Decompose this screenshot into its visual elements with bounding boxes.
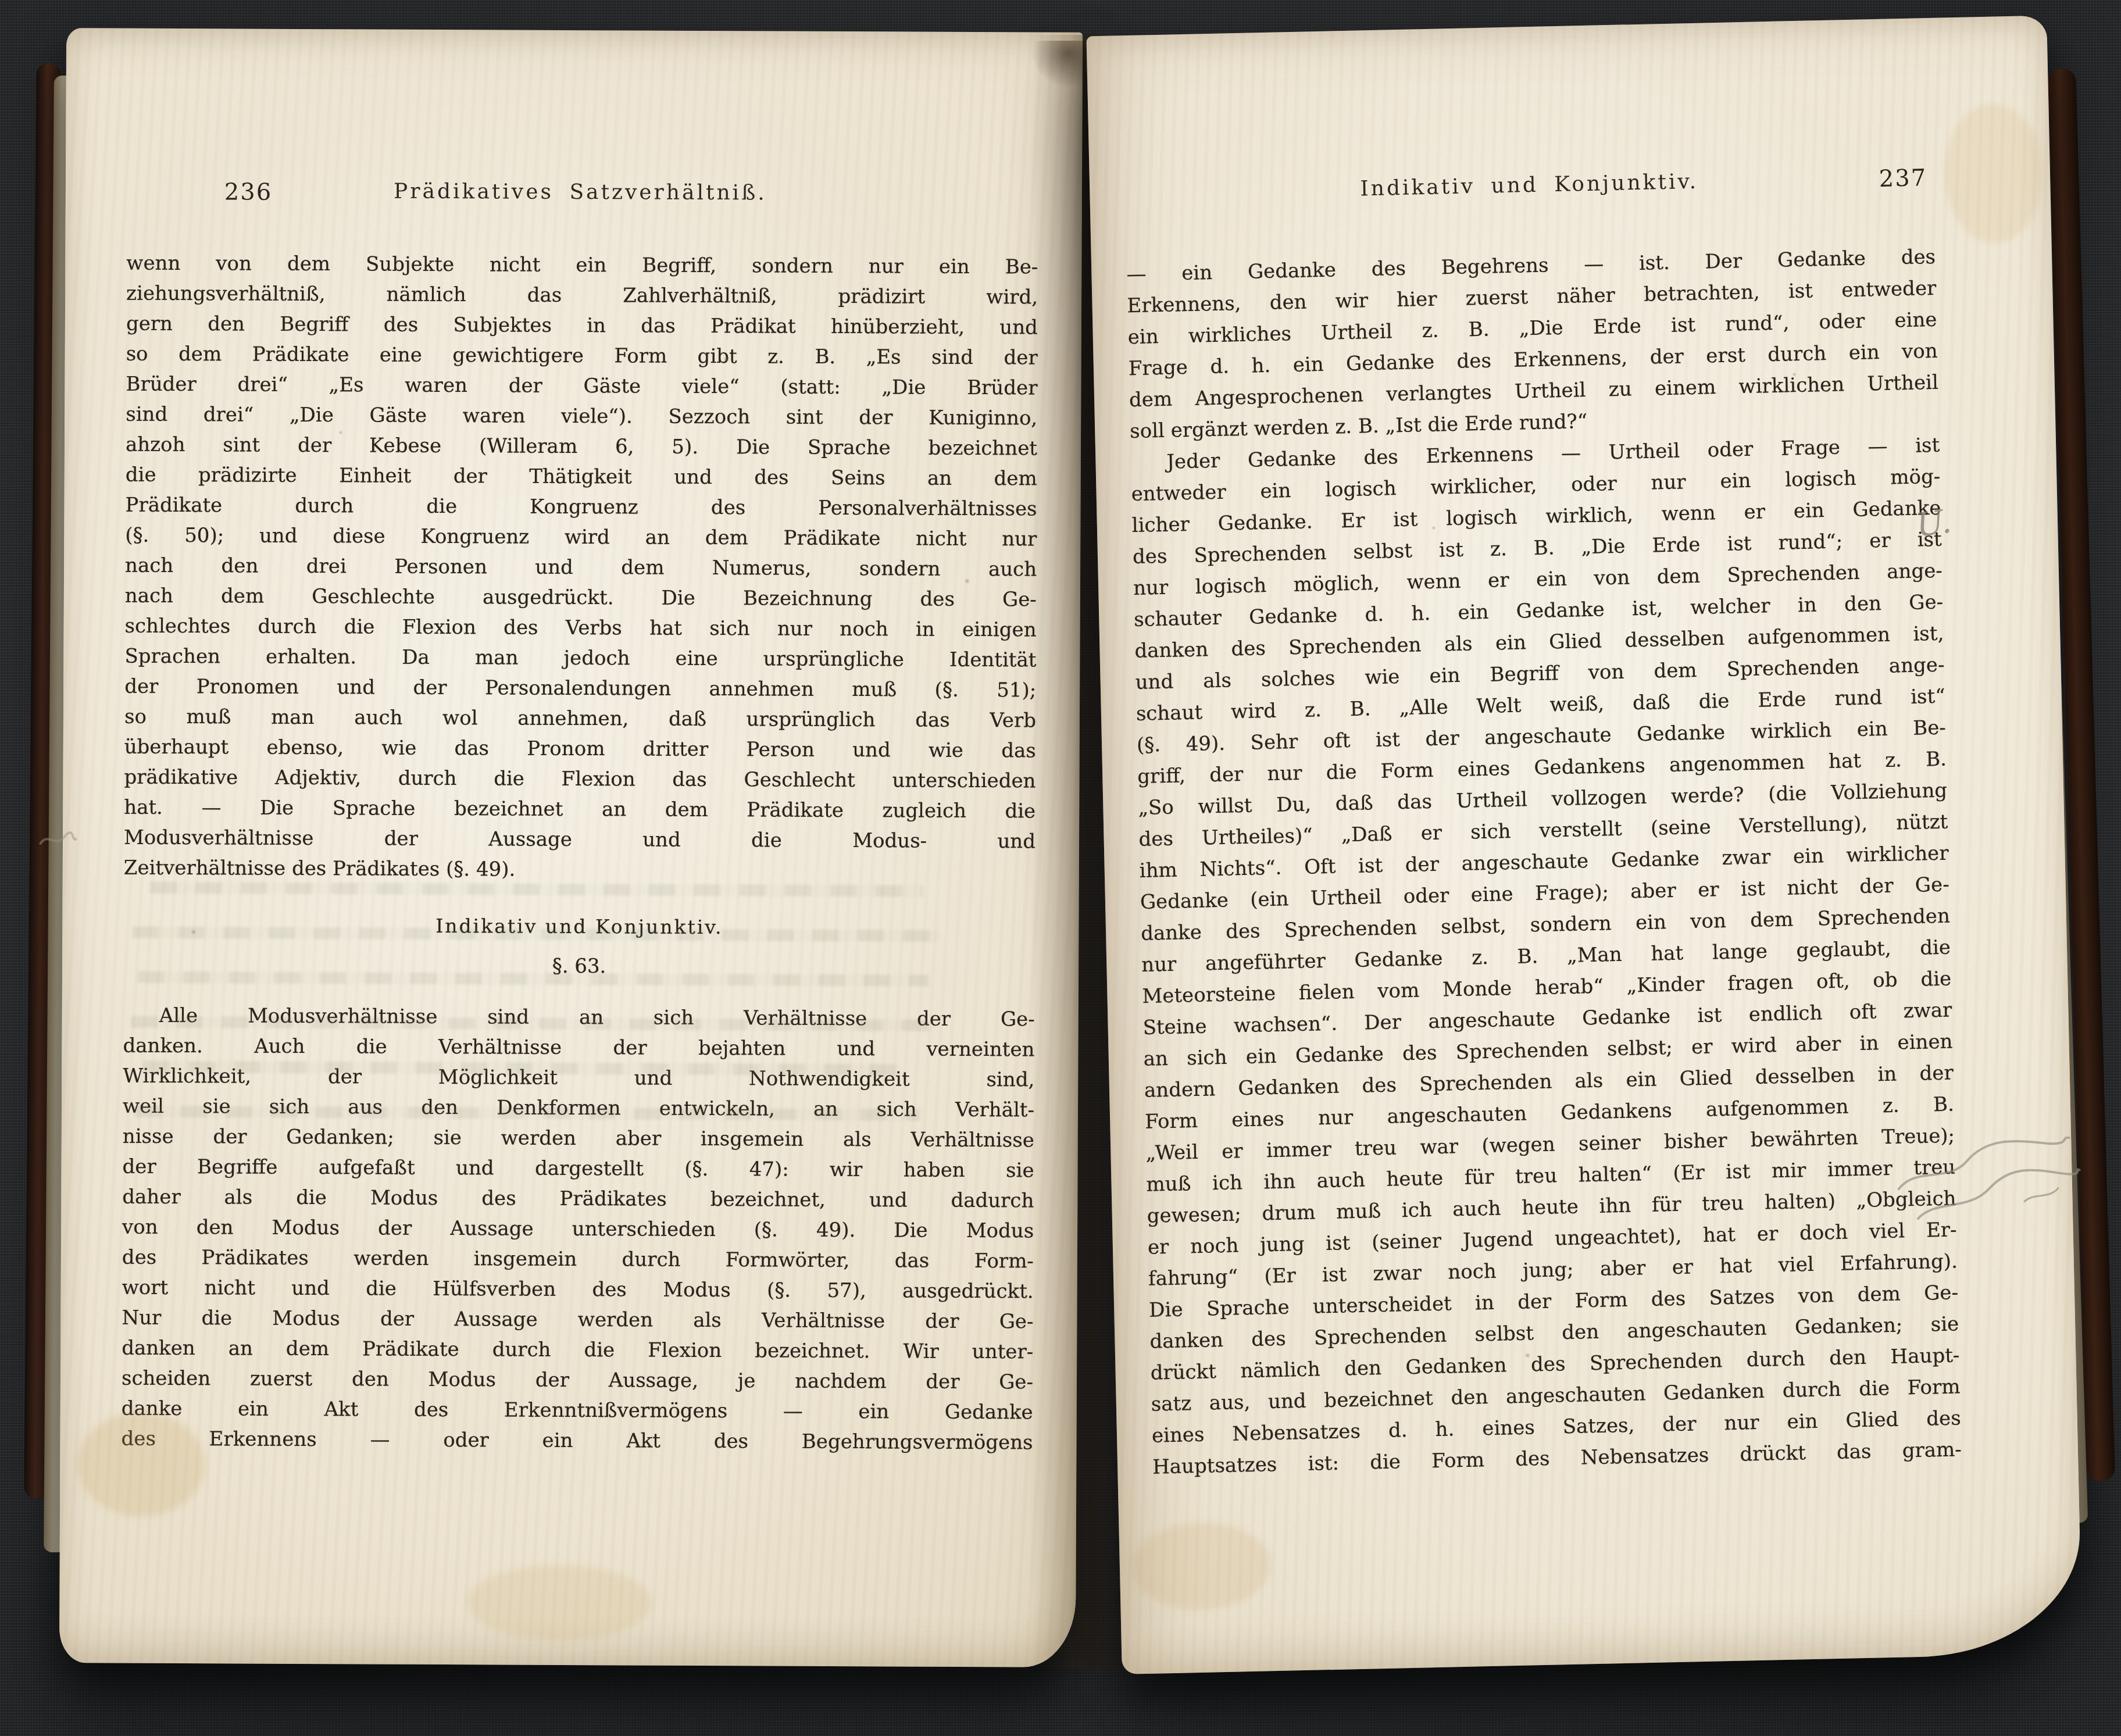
text-line: Prädikate durch die Kongruenz des Person… <box>125 490 1037 524</box>
text-line: §. 63. <box>123 949 1035 984</box>
text-line: weil sie sich aus den Denkformen entwick… <box>123 1091 1034 1126</box>
pencil-note-letter: U. <box>1914 502 1954 545</box>
text-line: Indikativ und Konjunktiv. <box>123 910 1035 944</box>
running-title-right: Indikativ und Konjunktiv. <box>1124 165 1934 206</box>
text-line: die prädizirte Einheit der Thätigkeit un… <box>126 460 1037 494</box>
text-line: so dem Prädikate eine gewichtigere Form … <box>126 339 1038 373</box>
text-line: (§. 50); und diese Kongruenz wird an dem… <box>125 520 1037 555</box>
text-line: ahzoh sint der Kebese (Willeram 6, 5). D… <box>126 430 1037 464</box>
text-line: Nur die Modus der Aussage werden als Ver… <box>122 1303 1033 1337</box>
text-line: gern den Begriff des Subjektes in das Pr… <box>126 309 1038 343</box>
page-number-left: 236 <box>224 178 273 205</box>
text-line: danken an dem Prädikate durch die Flexio… <box>122 1333 1033 1367</box>
text-line: hat. — Die Sprache bezeichnet an dem Prä… <box>124 792 1035 827</box>
text-line: der Pronomen und der Personalendungen an… <box>124 671 1036 706</box>
text-line: prädikative Adjektiv, durch die Flexion … <box>124 762 1035 796</box>
age-stain <box>1130 1521 1272 1611</box>
pencil-mark-icon <box>36 826 79 856</box>
text-line: wenn von dem Subjekte nicht ein Begriff,… <box>126 248 1038 283</box>
right-page-header: Indikativ und Konjunktiv. 237 <box>1124 165 1934 223</box>
text-line: danken. Auch die Verhältnisse der bejaht… <box>123 1031 1034 1065</box>
text-line: Brüder drei“ „Es waren der Gäste viele“ … <box>126 369 1037 403</box>
text-line: Sprachen erhalten. Da man jedoch eine ur… <box>124 641 1036 676</box>
right-page-text: — ein Gedanke des Begehrens — ist. Der G… <box>1126 241 1962 1483</box>
left-page-text: wenn von dem Subjekte nicht ein Begriff,… <box>121 248 1038 1458</box>
text-line: danke ein Akt des Erkenntnißvermögens — … <box>122 1394 1033 1428</box>
text-line: scheiden zuerst den Modus der Aussage, j… <box>122 1363 1033 1398</box>
text-line: nach dem Geschlechte ausgedrückt. Die Be… <box>125 581 1037 615</box>
text-line: Alle Modusverhältnisse sind an sich Verh… <box>123 1001 1035 1035</box>
text-line: nisse der Gedanken; sie werden aber insg… <box>123 1121 1034 1156</box>
book-photo: 236 Prädikatives Satzverhältniß. wenn vo… <box>0 0 2121 1736</box>
right-page: Indikativ und Konjunktiv. 237 — ein Geda… <box>1086 16 2082 1674</box>
text-line: sind drei“ „Die Gäste waren viele“). Sez… <box>126 399 1037 434</box>
text-line: von den Modus der Aussage unterschieden … <box>122 1212 1034 1246</box>
text-line: des Prädikates werden insgemein durch Fo… <box>122 1242 1034 1277</box>
page-number-right: 237 <box>1879 165 1927 192</box>
age-stain <box>1943 103 2044 245</box>
text-line: so muß man auch wol annehmen, daß ursprü… <box>124 702 1036 736</box>
text-line: wort nicht und die Hülfsverben des Modus… <box>122 1273 1034 1307</box>
text-line: nach den drei Personen und dem Numerus, … <box>125 551 1037 585</box>
text-line: der Begriffe aufgefaßt und dargestellt (… <box>122 1152 1034 1186</box>
text-line: Modusverhältnisse der Aussage und die Mo… <box>124 823 1035 857</box>
text-line: überhaupt ebenso, wie das Pronom dritter… <box>124 732 1036 766</box>
left-page-header: 236 Prädikatives Satzverhältniß. <box>127 178 1034 223</box>
age-stain <box>466 1564 653 1641</box>
text-line: ziehungsverhältniß, nämlich das Zahlverh… <box>126 278 1038 313</box>
text-line: Wirklichkeit, der Möglichkeit und Nothwe… <box>123 1061 1034 1095</box>
left-page: 236 Prädikatives Satzverhältniß. wenn vo… <box>59 28 1083 1667</box>
text-line: Zeitverhältnisse des Prädikates (§. 49). <box>124 853 1035 887</box>
text-line: schlechtes durch die Flexion des Verbs h… <box>125 611 1037 645</box>
text-line: des Erkennens — oder ein Akt des Begehru… <box>121 1424 1033 1458</box>
text-line: daher als die Modus des Prädikates bezei… <box>122 1182 1034 1216</box>
